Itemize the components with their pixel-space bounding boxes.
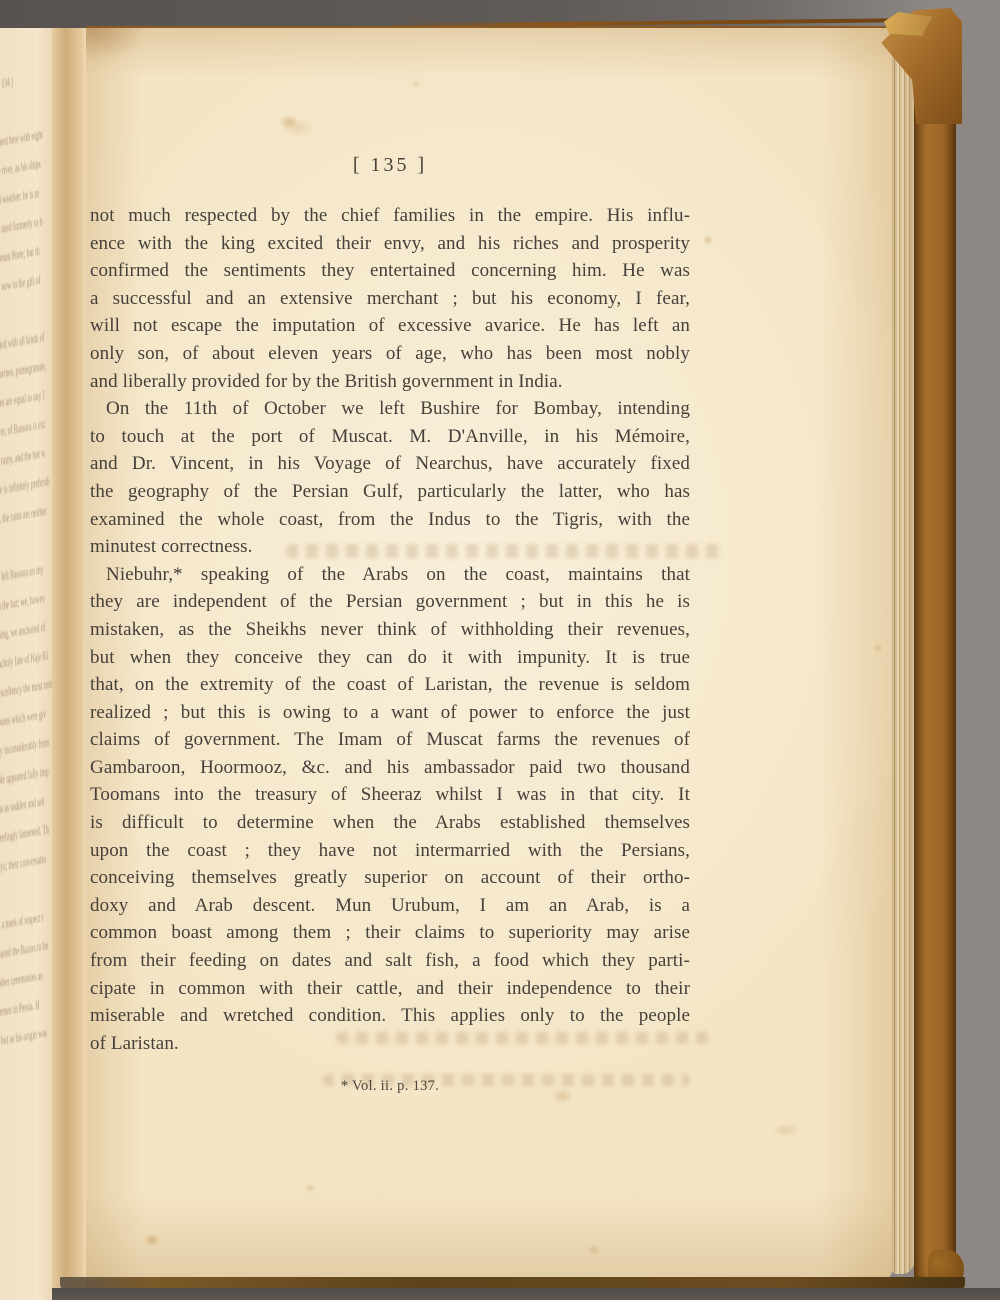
text-line: only son, of about eleven years of age, …: [90, 340, 690, 368]
text-line: they are independent of the Persian gove…: [90, 588, 690, 616]
text-line: to touch at the port of Muscat. M. D'Anv…: [90, 423, 690, 451]
text-line: a successful and an extensive merchant ;…: [90, 285, 690, 313]
text-line: Toomans into the treasury of Sheeraz whi…: [90, 781, 690, 809]
page-number: [ 135 ]: [88, 154, 692, 177]
text-line: claims of government. The Imam of Muscat…: [90, 726, 690, 754]
facing-page-ghost-text: [ 134 ]med here with eighte river, as hi…: [0, 70, 52, 1056]
book-photo: [ 134 ]med here with eighte river, as hi…: [0, 0, 1000, 1300]
text-line: examined the whole coast, from the Indus…: [90, 506, 690, 534]
text-line: common boast among them ; their claims t…: [90, 919, 690, 947]
text-line: Niebuhr,* speaking of the Arabs on the c…: [90, 561, 690, 589]
text-line: mistaken, as the Sheikhs never think of …: [90, 616, 690, 644]
text-line: from their feeding on dates and salt fis…: [90, 947, 690, 975]
text-line: minutest correctness.: [90, 533, 690, 561]
text-line: On the 11th of October we left Bushire f…: [90, 395, 690, 423]
fore-edge-page-stack: [892, 28, 914, 1274]
text-line: that, on the extremity of the coast of L…: [90, 671, 690, 699]
text-block: [ 135 ] not much respected by the chief …: [88, 28, 692, 1280]
text-line: doxy and Arab descent. Mun Urubum, I am …: [90, 892, 690, 920]
text-line: of Laristan.: [90, 1030, 690, 1058]
body-text: not much respected by the chief families…: [90, 202, 690, 1057]
text-line: will not escape the imputation of excess…: [90, 312, 690, 340]
text-line: ence with the king excited their envy, a…: [90, 230, 690, 258]
bottom-shadow: [52, 1288, 1000, 1300]
text-line: realized ; but this is owing to a want o…: [90, 699, 690, 727]
text-line: and liberally provided for by the Britis…: [90, 368, 690, 396]
text-line: Gambaroon, Hoormooz, &c. and his ambassa…: [90, 754, 690, 782]
text-line: confirmed the sentiments they entertaine…: [90, 257, 690, 285]
leather-cover-edge: [914, 14, 956, 1288]
footnote: * Vol. ii. p. 137.: [88, 1078, 692, 1095]
facing-page-sliver: [ 134 ]med here with eighte river, as hi…: [0, 28, 52, 1300]
text-line: and Dr. Vincent, in his Voyage of Nearch…: [90, 450, 690, 478]
text-line: upon the coast ; they have not intermarr…: [90, 837, 690, 865]
text-line: but when they conceive they can do it wi…: [90, 644, 690, 672]
text-line: is difficult to determine when the Arabs…: [90, 809, 690, 837]
text-line: miserable and wretched condition. This a…: [90, 1002, 690, 1030]
page-gutter: [52, 28, 86, 1300]
book-page: [ 135 ] not much respected by the chief …: [86, 26, 892, 1280]
text-line: cipate in common with their cattle, and …: [90, 975, 690, 1003]
text-line: not much respected by the chief families…: [90, 202, 690, 230]
text-line: conceiving themselves greatly superior o…: [90, 864, 690, 892]
text-line: the geography of the Persian Gulf, parti…: [90, 478, 690, 506]
